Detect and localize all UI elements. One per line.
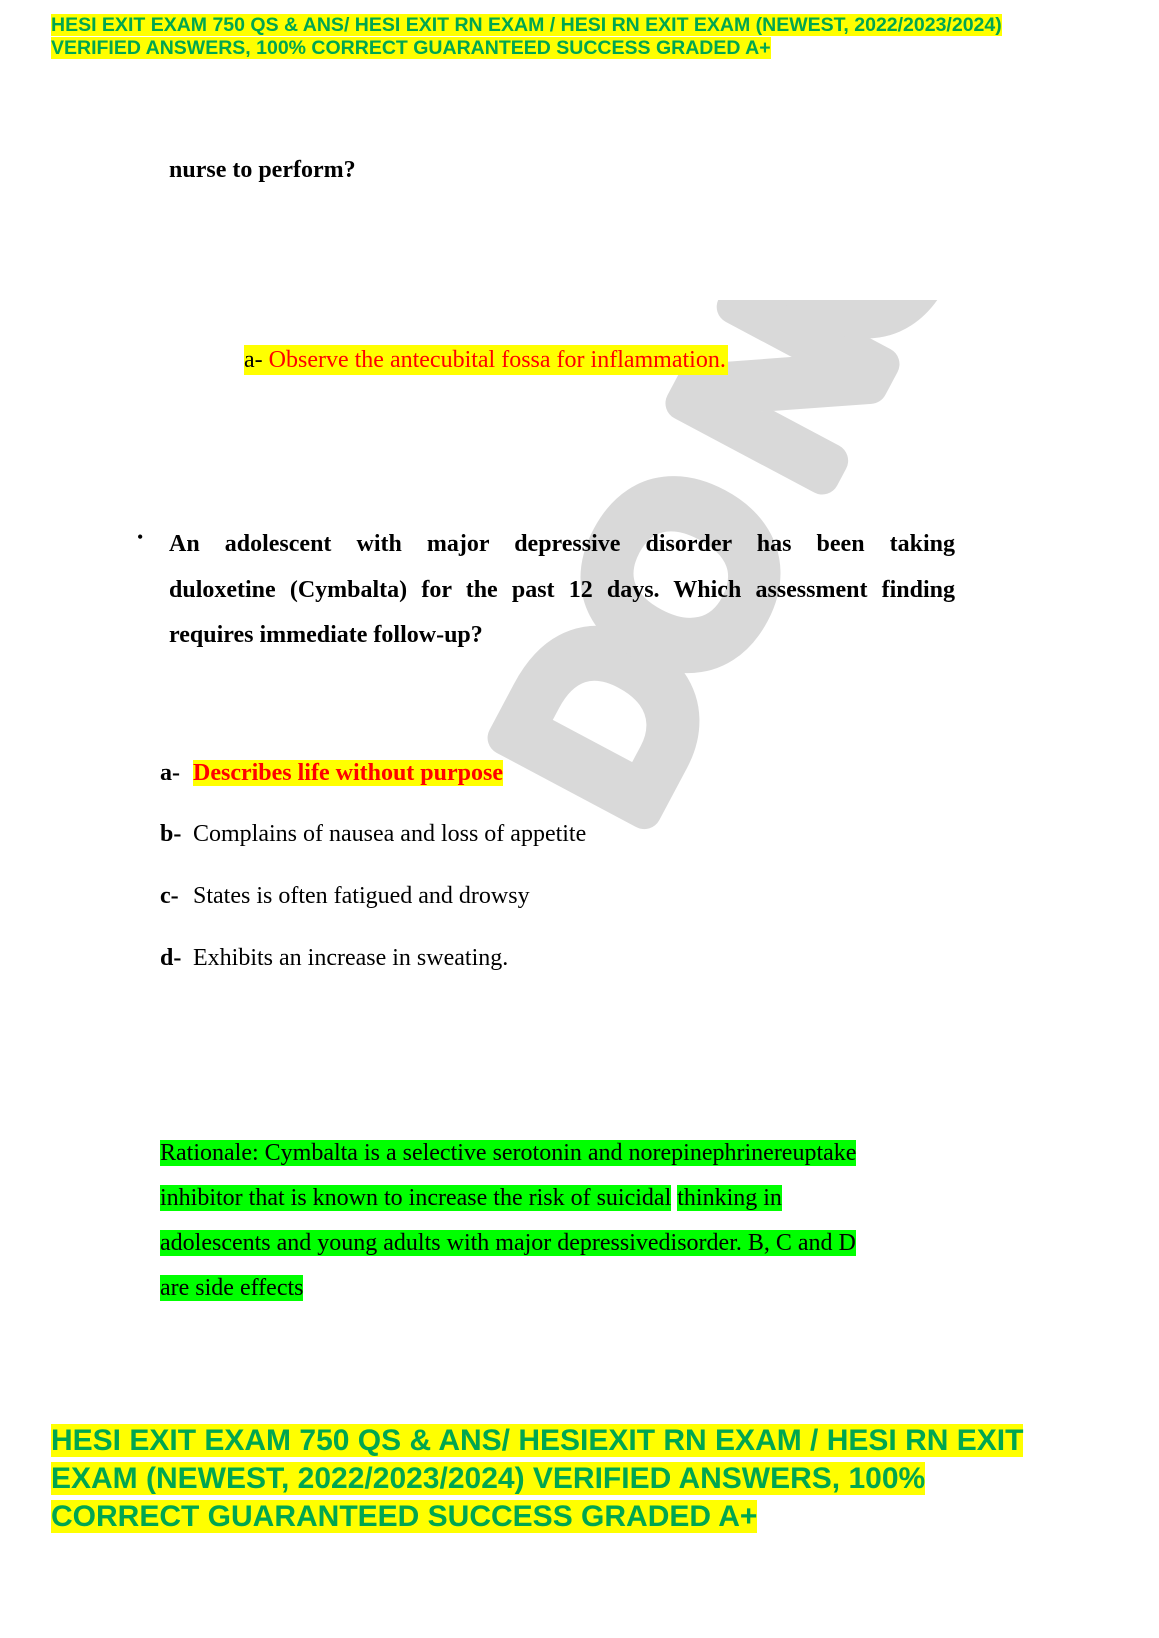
option-text: Describes life without purpose xyxy=(193,760,503,786)
previous-answer-text: Observe the antecubital fossa for inflam… xyxy=(269,347,726,373)
previous-answer: a- Observe the antecubital fossa for inf… xyxy=(244,345,728,375)
do-not-copy-watermark: DO NOT COPY xyxy=(180,300,980,1120)
option-b: b-Complains of nausea and loss of appeti… xyxy=(160,819,586,849)
option-d: d-Exhibits an increase in sweating. xyxy=(160,943,508,973)
option-letter: a- xyxy=(160,758,193,788)
page-footer: HESI EXIT EXAM 750 QS & ANS/ HESIEXIT RN… xyxy=(51,1422,1023,1536)
option-a: a-Describes life without purpose xyxy=(160,758,503,788)
previous-question-tail: nurse to perform? xyxy=(169,157,356,184)
option-text: States is often fatigued and drowsy xyxy=(193,883,530,909)
header-line-1: HESI EXIT EXAM 750 QS & ANS/ HESI EXIT R… xyxy=(51,14,1002,36)
header-line-2: VERIFIED ANSWERS, 100% CORRECT GUARANTEE… xyxy=(51,37,771,59)
option-letter: d- xyxy=(160,943,193,973)
option-text: Complains of nausea and loss of appetite xyxy=(193,821,586,847)
option-text: Exhibits an increase in sweating. xyxy=(193,945,508,971)
question-line-1: An adolescent with major depressive diso… xyxy=(169,522,955,568)
footer-line-2: EXAM (NEWEST, 2022/2023/2024) VERIFIED A… xyxy=(51,1462,925,1495)
question-text: An adolescent with major depressive diso… xyxy=(169,522,955,659)
option-letter: b- xyxy=(160,819,193,849)
question-line-3: requires immediate follow-up? xyxy=(169,613,955,659)
footer-line-3: CORRECT GUARANTEED SUCCESS GRADED A+ xyxy=(51,1500,757,1533)
page-header: HESI EXIT EXAM 750 QS & ANS/ HESI EXIT R… xyxy=(51,14,1002,60)
option-c: c-States is often fatigued and drowsy xyxy=(160,881,530,911)
rationale-line-1: Rationale: Cymbalta is a selective serot… xyxy=(160,1140,856,1166)
bullet-icon: • xyxy=(137,527,143,548)
rationale-line-4: are side effects xyxy=(160,1275,303,1301)
footer-line-1: HESI EXIT EXAM 750 QS & ANS/ HESIEXIT RN… xyxy=(51,1424,1023,1457)
option-letter: c- xyxy=(160,881,193,911)
rationale: Rationale: Cymbalta is a selective serot… xyxy=(160,1131,950,1311)
rationale-line-2a: inhibitor that is known to increase the … xyxy=(160,1185,671,1211)
rationale-line-2b: thinking in xyxy=(677,1185,782,1211)
rationale-line-3: adolescents and young adults with major … xyxy=(160,1230,856,1256)
question-line-2: duloxetine (Cymbalta) for the past 12 da… xyxy=(169,568,955,614)
previous-answer-letter: a- xyxy=(244,347,263,373)
